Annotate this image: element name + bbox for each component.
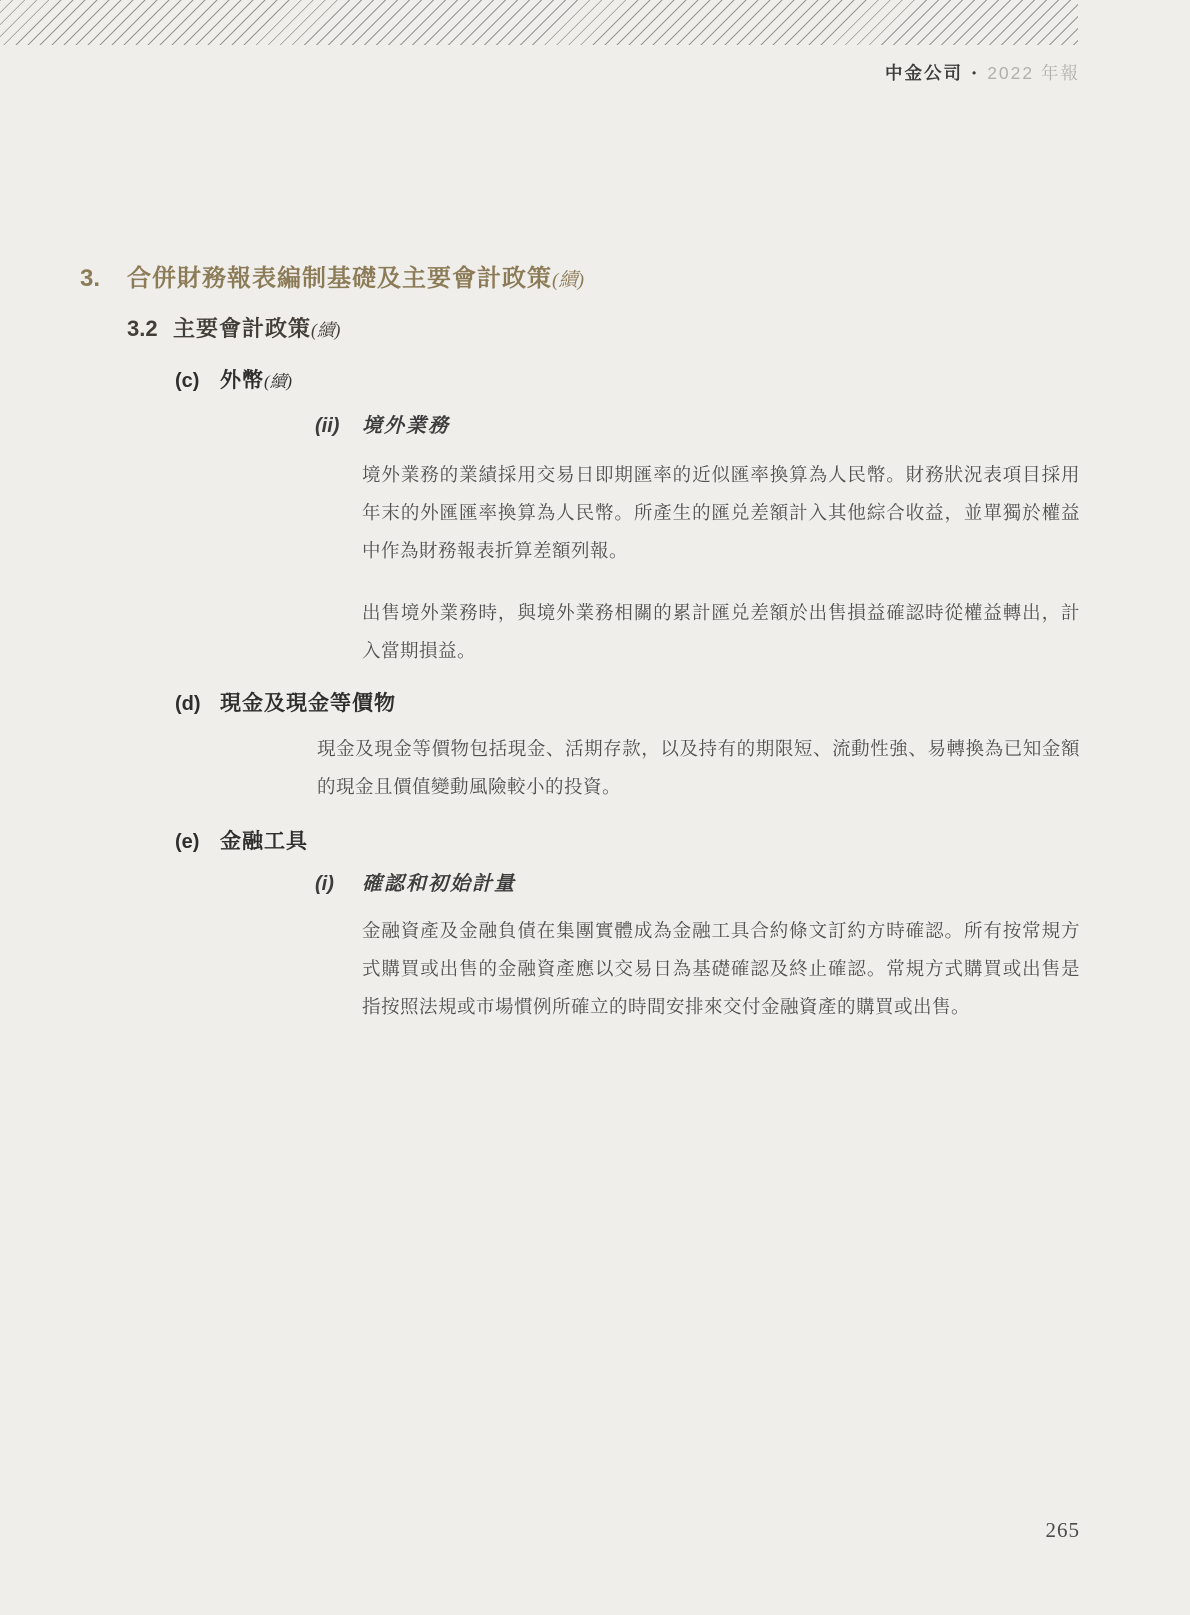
hatch-pattern-band	[0, 0, 1078, 45]
subsection-number: 3.2	[127, 314, 173, 344]
item-d-cash-equivalents: (d) 現金及現金等價物 現金及現金等價物包括現金、活期存款，以及持有的期限短、…	[175, 690, 1080, 806]
report-edition: 2022 年報	[987, 63, 1080, 83]
paragraph-overseas-translation: 境外業務的業績採用交易日即期匯率的近似匯率換算為人民幣。財務狀況表項目採用年末的…	[362, 456, 1080, 570]
sub-item-i-initial-recognition: (i) 確認和初始計量	[315, 870, 1080, 898]
item-c-heading: (c) 外幣(續)	[175, 367, 1080, 396]
bullet-separator-icon: •	[972, 66, 978, 80]
item-e-label: (e)	[175, 828, 220, 856]
sub-item-i-heading: (i) 確認和初始計量	[315, 870, 1080, 898]
sub-item-ii-label: (ii)	[315, 412, 362, 440]
subsection-title: 主要會計政策(續)	[173, 314, 340, 345]
company-name: 中金公司	[885, 63, 963, 83]
section-heading: 3. 合併財務報表編制基礎及主要會計政策(續)	[80, 262, 1080, 298]
report-page: { "colors": { "page_background": "#efeee…	[0, 0, 1190, 1615]
subsection-heading: 3.2 主要會計政策(續)	[127, 314, 1080, 345]
paragraph-initial-recognition: 金融資產及金融負債在集團實體成為金融工具合約條文訂約方時確認。所有按常規方式購買…	[362, 912, 1080, 1026]
item-c-foreign-currency: (c) 外幣(續) (ii) 境外業務 境外業務的業績採用交易日即期匯率的近似匯…	[175, 367, 1080, 670]
page-content: 3. 合併財務報表編制基礎及主要會計政策(續) 3.2 主要會計政策(續) (c…	[80, 262, 1080, 1026]
paragraph-overseas-disposal: 出售境外業務時，與境外業務相關的累計匯兑差額於出售損益確認時從權益轉出，計入當期…	[362, 594, 1080, 670]
sub-item-ii-overseas-operations: (ii) 境外業務	[315, 412, 1080, 440]
item-e-heading: (e) 金融工具	[175, 828, 1080, 856]
item-e-financial-instruments: (e) 金融工具 (i) 確認和初始計量 金融資產及金融負債在集團實體成為金融工…	[175, 828, 1080, 1026]
running-header: 中金公司•2022 年報	[885, 60, 1080, 85]
item-c-title: 外幣(續)	[220, 367, 292, 396]
section-title: 合併財務報表編制基礎及主要會計政策(續)	[127, 262, 584, 298]
continued-marker: (續)	[552, 270, 584, 291]
continued-marker: (續)	[264, 372, 292, 391]
paragraph-cash-equivalents: 現金及現金等價物包括現金、活期存款，以及持有的期限短、流動性強、易轉換為已知金額…	[317, 730, 1080, 806]
item-d-title: 現金及現金等價物	[220, 690, 396, 718]
section-number: 3.	[80, 262, 127, 296]
sub-item-i-title: 確認和初始計量	[362, 870, 516, 898]
sub-item-i-label: (i)	[315, 870, 362, 898]
page-number: 265	[1046, 1518, 1081, 1543]
continued-marker: (續)	[311, 320, 340, 340]
item-d-label: (d)	[175, 690, 220, 718]
sub-item-ii-heading: (ii) 境外業務	[315, 412, 1080, 440]
sub-item-ii-title: 境外業務	[362, 412, 450, 440]
item-c-label: (c)	[175, 367, 220, 395]
item-d-heading: (d) 現金及現金等價物	[175, 690, 1080, 718]
item-e-title: 金融工具	[220, 828, 308, 856]
